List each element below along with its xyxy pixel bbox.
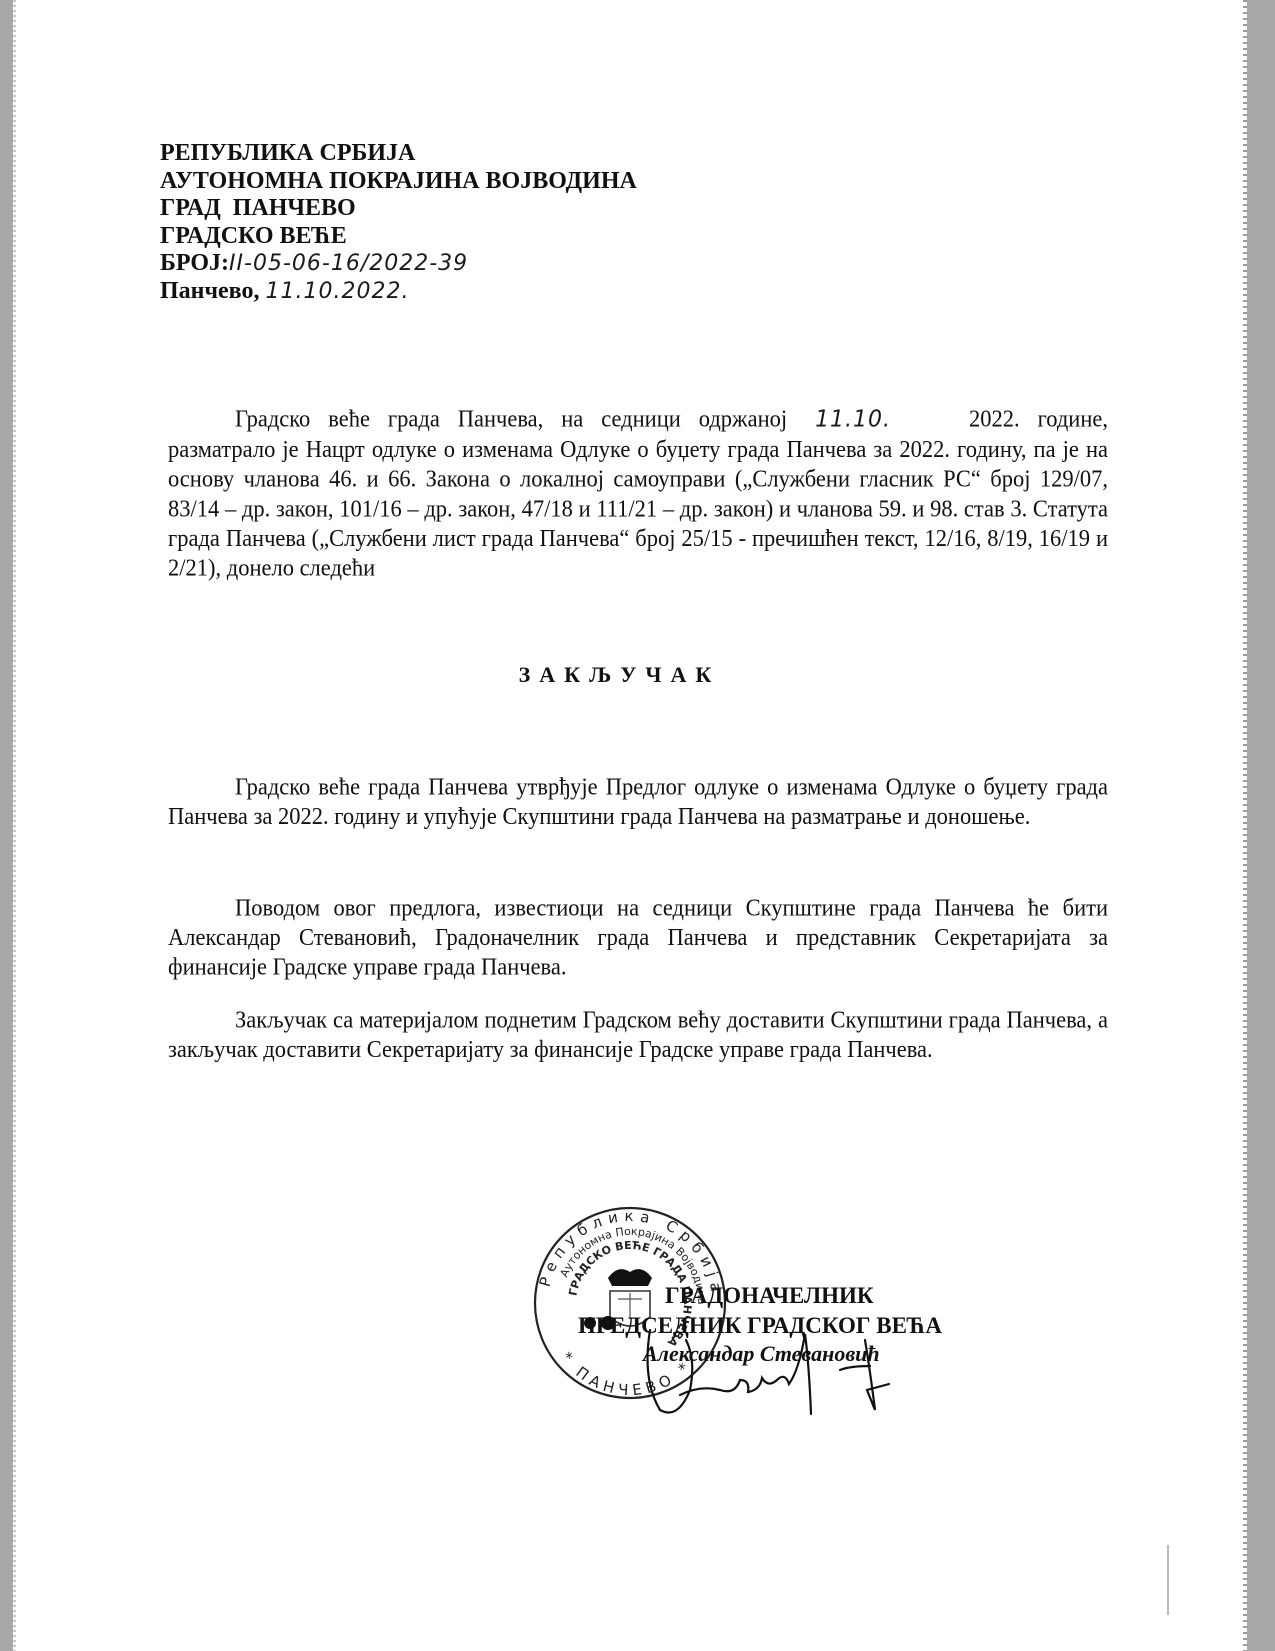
header-country: РЕПУБЛИКА СРБИЈА xyxy=(160,140,637,168)
header-number: БРОЈ:II-05-06-16/2022-39 xyxy=(160,250,637,278)
document-title: ЗАКЉУЧАК xyxy=(0,662,1275,688)
header-council: ГРАДСКО ВЕЋЕ xyxy=(160,223,637,251)
header-city: ГРАД ПАНЧЕВО xyxy=(160,195,637,223)
document-header: РЕПУБЛИКА СРБИЈА АУТОНОМНА ПОКРАЈИНА ВОЈ… xyxy=(160,140,637,305)
scan-artifact xyxy=(1167,1545,1169,1615)
conclusion-paragraph-3: Закључак са материјалом поднетим Градско… xyxy=(168,1005,1108,1064)
signatory-title-mayor: ГРАДОНАЧЕЛНИК xyxy=(665,1283,874,1309)
header-province: АУТОНОМНА ПОКРАЈИНА ВОЈВОДИНА xyxy=(160,168,637,196)
place-label: Панчево, xyxy=(160,278,259,304)
intro-paragraph: Градско веће града Панчева, на седници о… xyxy=(168,404,1108,583)
date-value: 11.10.2022. xyxy=(265,279,409,304)
intro-handwritten-date: 11.10. xyxy=(815,406,891,433)
number-label: БРОЈ: xyxy=(160,250,229,276)
handwritten-signature xyxy=(640,1310,940,1420)
intro-text-before: Градско веће града Панчева, на седници о… xyxy=(235,405,787,432)
conclusion-paragraph-2: Поводом овог предлога, известиоци на сед… xyxy=(168,893,1108,982)
scan-edge-right xyxy=(1247,0,1275,1651)
number-value: II-05-06-16/2022-39 xyxy=(229,251,468,276)
header-place-date: Панчево, 11.10.2022. xyxy=(160,278,637,306)
scan-edge-left xyxy=(0,0,13,1651)
conclusion-paragraph-1: Градско веће града Панчева утврђује Пред… xyxy=(168,772,1108,831)
